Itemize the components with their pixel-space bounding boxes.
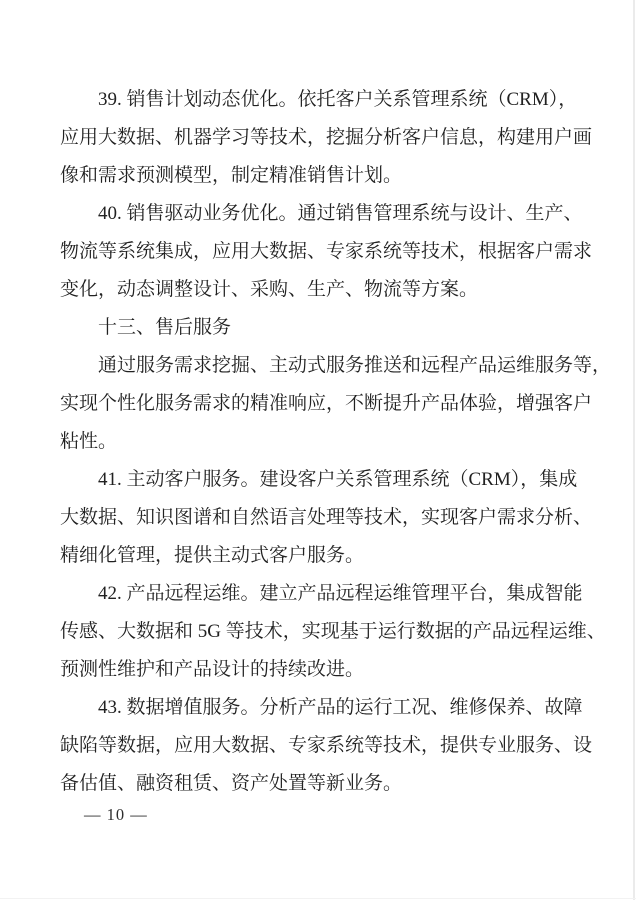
text-line: 精细化管理，提供主动式客户服务。	[60, 537, 577, 575]
text-line: 预测性维护和产品设计的持续改进。	[60, 651, 577, 689]
text-line: 缺陷等数据，应用大数据、专家系统等技术，提供专业服务、设	[60, 727, 577, 765]
text-line: 通过服务需求挖掘、主动式服务推送和远程产品运维服务等，	[60, 347, 577, 385]
section-heading: 十三、售后服务	[60, 309, 577, 347]
text-line: 传感、大数据和 5G 等技术，实现基于运行数据的产品远程运维、	[60, 613, 577, 651]
text-line: 41. 主动客户服务。建设客户关系管理系统（CRM），集成	[60, 461, 577, 499]
text-line: 40. 销售驱动业务优化。通过销售管理系统与设计、生产、	[60, 195, 577, 233]
text-line: 39. 销售计划动态优化。依托客户关系管理系统（CRM），	[60, 81, 577, 119]
text-line: 应用大数据、机器学习等技术，挖掘分析客户信息，构建用户画	[60, 119, 577, 157]
text-line: 实现个性化服务需求的精准响应，不断提升产品体验，增强客户	[60, 385, 577, 423]
text-line: 粘性。	[60, 423, 577, 461]
document-body: 39. 销售计划动态优化。依托客户关系管理系统（CRM），应用大数据、机器学习等…	[60, 81, 577, 803]
heading-line: 十三、售后服务	[60, 309, 577, 347]
text-line: 像和需求预测模型，制定精准销售计划。	[60, 157, 577, 195]
text-line: 变化，动态调整设计、采购、生产、物流等方案。	[60, 271, 577, 309]
paragraph: 43. 数据增值服务。分析产品的运行工况、维修保养、故障缺陷等数据，应用大数据、…	[60, 689, 577, 803]
text-line: 43. 数据增值服务。分析产品的运行工况、维修保养、故障	[60, 689, 577, 727]
page-number: — 10 —	[84, 802, 148, 828]
paragraph: 39. 销售计划动态优化。依托客户关系管理系统（CRM），应用大数据、机器学习等…	[60, 81, 577, 195]
text-line: 大数据、知识图谱和自然语言处理等技术，实现客户需求分析、	[60, 499, 577, 537]
document-page: 39. 销售计划动态优化。依托客户关系管理系统（CRM），应用大数据、机器学习等…	[0, 0, 636, 900]
text-line: 备估值、融资租赁、资产处置等新业务。	[60, 765, 577, 803]
paragraph: 42. 产品远程运维。建立产品远程运维管理平台，集成智能传感、大数据和 5G 等…	[60, 575, 577, 689]
scan-edge-bottom-line	[0, 898, 636, 899]
text-line: 物流等系统集成，应用大数据、专家系统等技术，根据客户需求	[60, 233, 577, 271]
scan-edge-right-line	[633, 0, 635, 900]
paragraph: 通过服务需求挖掘、主动式服务推送和远程产品运维服务等，实现个性化服务需求的精准响…	[60, 347, 577, 461]
text-line: 42. 产品远程运维。建立产品远程运维管理平台，集成智能	[60, 575, 577, 613]
paragraph: 40. 销售驱动业务优化。通过销售管理系统与设计、生产、物流等系统集成，应用大数…	[60, 195, 577, 309]
paragraph: 41. 主动客户服务。建设客户关系管理系统（CRM），集成大数据、知识图谱和自然…	[60, 461, 577, 575]
